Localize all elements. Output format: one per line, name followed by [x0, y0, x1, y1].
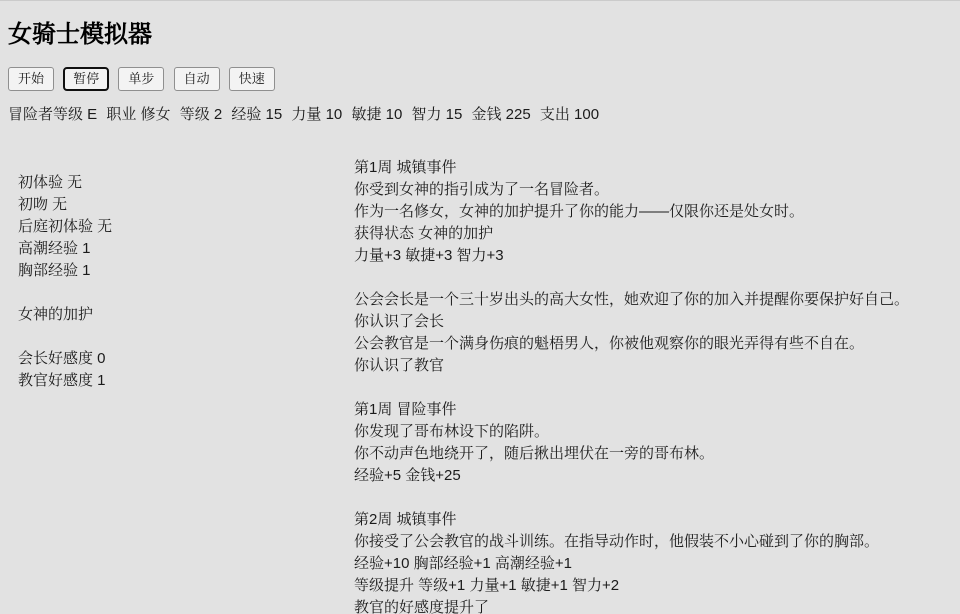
control-toolbar: 开始 暂停 单步 自动 快速 [8, 67, 952, 91]
event-line: 等级提升 等级+1 力量+1 敏捷+1 智力+2 [354, 575, 952, 597]
status-bar: 冒险者等级 E 职业 修女 等级 2 经验 15 力量 10 敏捷 10 智力 … [8, 104, 952, 126]
event-block: 公会会长是一个三十岁出头的高大女性，她欢迎了你的加入并提醒你要保护好自己。 你认… [354, 289, 952, 377]
status-effect-line: 女神的加护 [18, 304, 354, 326]
status-expense: 支出 100 [540, 106, 599, 123]
main-content: 初体验 无 初吻 无 后庭初体验 无 高潮经验 1 胸部经验 1 女神的加护 会… [8, 157, 952, 614]
event-line: 作为一名修女，女神的加护提升了你的能力——仅限你还是处女时。 [354, 201, 952, 223]
event-block: 第1周 城镇事件 你受到女神的指引成为了一名冒险者。 作为一名修女，女神的加护提… [354, 157, 952, 267]
event-line: 经验+5 金钱+25 [354, 465, 952, 487]
status-strength: 力量 10 [291, 106, 342, 123]
event-line: 你不动声色地绕开了，随后揪出埋伏在一旁的哥布林。 [354, 443, 952, 465]
start-button[interactable]: 开始 [8, 67, 54, 91]
stats-group-status-effects: 女神的加护 [18, 304, 354, 326]
event-line: 经验+10 胸部经验+1 高潮经验+1 [354, 553, 952, 575]
status-level: 等级 2 [180, 106, 223, 123]
event-block: 第2周 城镇事件 你接受了公会教官的战斗训练。在指导动作时，他假装不小心碰到了你… [354, 509, 952, 614]
event-line: 第2周 城镇事件 [354, 509, 952, 531]
stats-group-affection: 会长好感度 0 教官好感度 1 [18, 348, 354, 392]
status-adventurer-rank: 冒险者等级 E [8, 106, 97, 123]
stat-line: 初体验 无 [18, 172, 354, 194]
stat-line: 教官好感度 1 [18, 370, 354, 392]
event-line: 你接受了公会教官的战斗训练。在指导动作时，他假装不小心碰到了你的胸部。 [354, 531, 952, 553]
event-line: 公会教官是一个满身伤痕的魁梧男人，你被他观察你的眼光弄得有些不自在。 [354, 333, 952, 355]
event-line: 第1周 冒险事件 [354, 399, 952, 421]
stats-panel: 初体验 无 初吻 无 后庭初体验 无 高潮经验 1 胸部经验 1 女神的加护 会… [8, 172, 354, 392]
stats-group-experience: 初体验 无 初吻 无 后庭初体验 无 高潮经验 1 胸部经验 1 [18, 172, 354, 282]
event-line: 公会会长是一个三十岁出头的高大女性，她欢迎了你的加入并提醒你要保护好自己。 [354, 289, 952, 311]
auto-button[interactable]: 自动 [174, 67, 220, 91]
game-page: 女骑士模拟器 开始 暂停 单步 自动 快速 冒险者等级 E 职业 修女 等级 2… [0, 1, 960, 614]
event-line: 第1周 城镇事件 [354, 157, 952, 179]
step-button[interactable]: 单步 [118, 67, 164, 91]
event-block: 第1周 冒险事件 你发现了哥布林设下的陷阱。 你不动声色地绕开了，随后揪出埋伏在… [354, 399, 952, 487]
fast-button[interactable]: 快速 [229, 67, 275, 91]
event-line: 你受到女神的指引成为了一名冒险者。 [354, 179, 952, 201]
event-line: 力量+3 敏捷+3 智力+3 [354, 245, 952, 267]
stat-line: 初吻 无 [18, 194, 354, 216]
stat-line: 会长好感度 0 [18, 348, 354, 370]
pause-button[interactable]: 暂停 [63, 67, 109, 91]
page-title: 女骑士模拟器 [8, 21, 952, 50]
status-money: 金钱 225 [472, 106, 531, 123]
status-job: 职业 修女 [106, 106, 170, 123]
status-exp: 经验 15 [231, 106, 282, 123]
stat-line: 胸部经验 1 [18, 260, 354, 282]
event-line: 教官的好感度提升了 [354, 597, 952, 614]
status-agility: 敏捷 10 [351, 106, 402, 123]
status-intelligence: 智力 15 [411, 106, 462, 123]
event-line: 你认识了会长 [354, 311, 952, 333]
event-line: 你发现了哥布林设下的陷阱。 [354, 421, 952, 443]
event-log: 第1周 城镇事件 你受到女神的指引成为了一名冒险者。 作为一名修女，女神的加护提… [354, 157, 952, 614]
event-line: 获得状态 女神的加护 [354, 223, 952, 245]
stat-line: 后庭初体验 无 [18, 216, 354, 238]
event-line: 你认识了教官 [354, 355, 952, 377]
stat-line: 高潮经验 1 [18, 238, 354, 260]
